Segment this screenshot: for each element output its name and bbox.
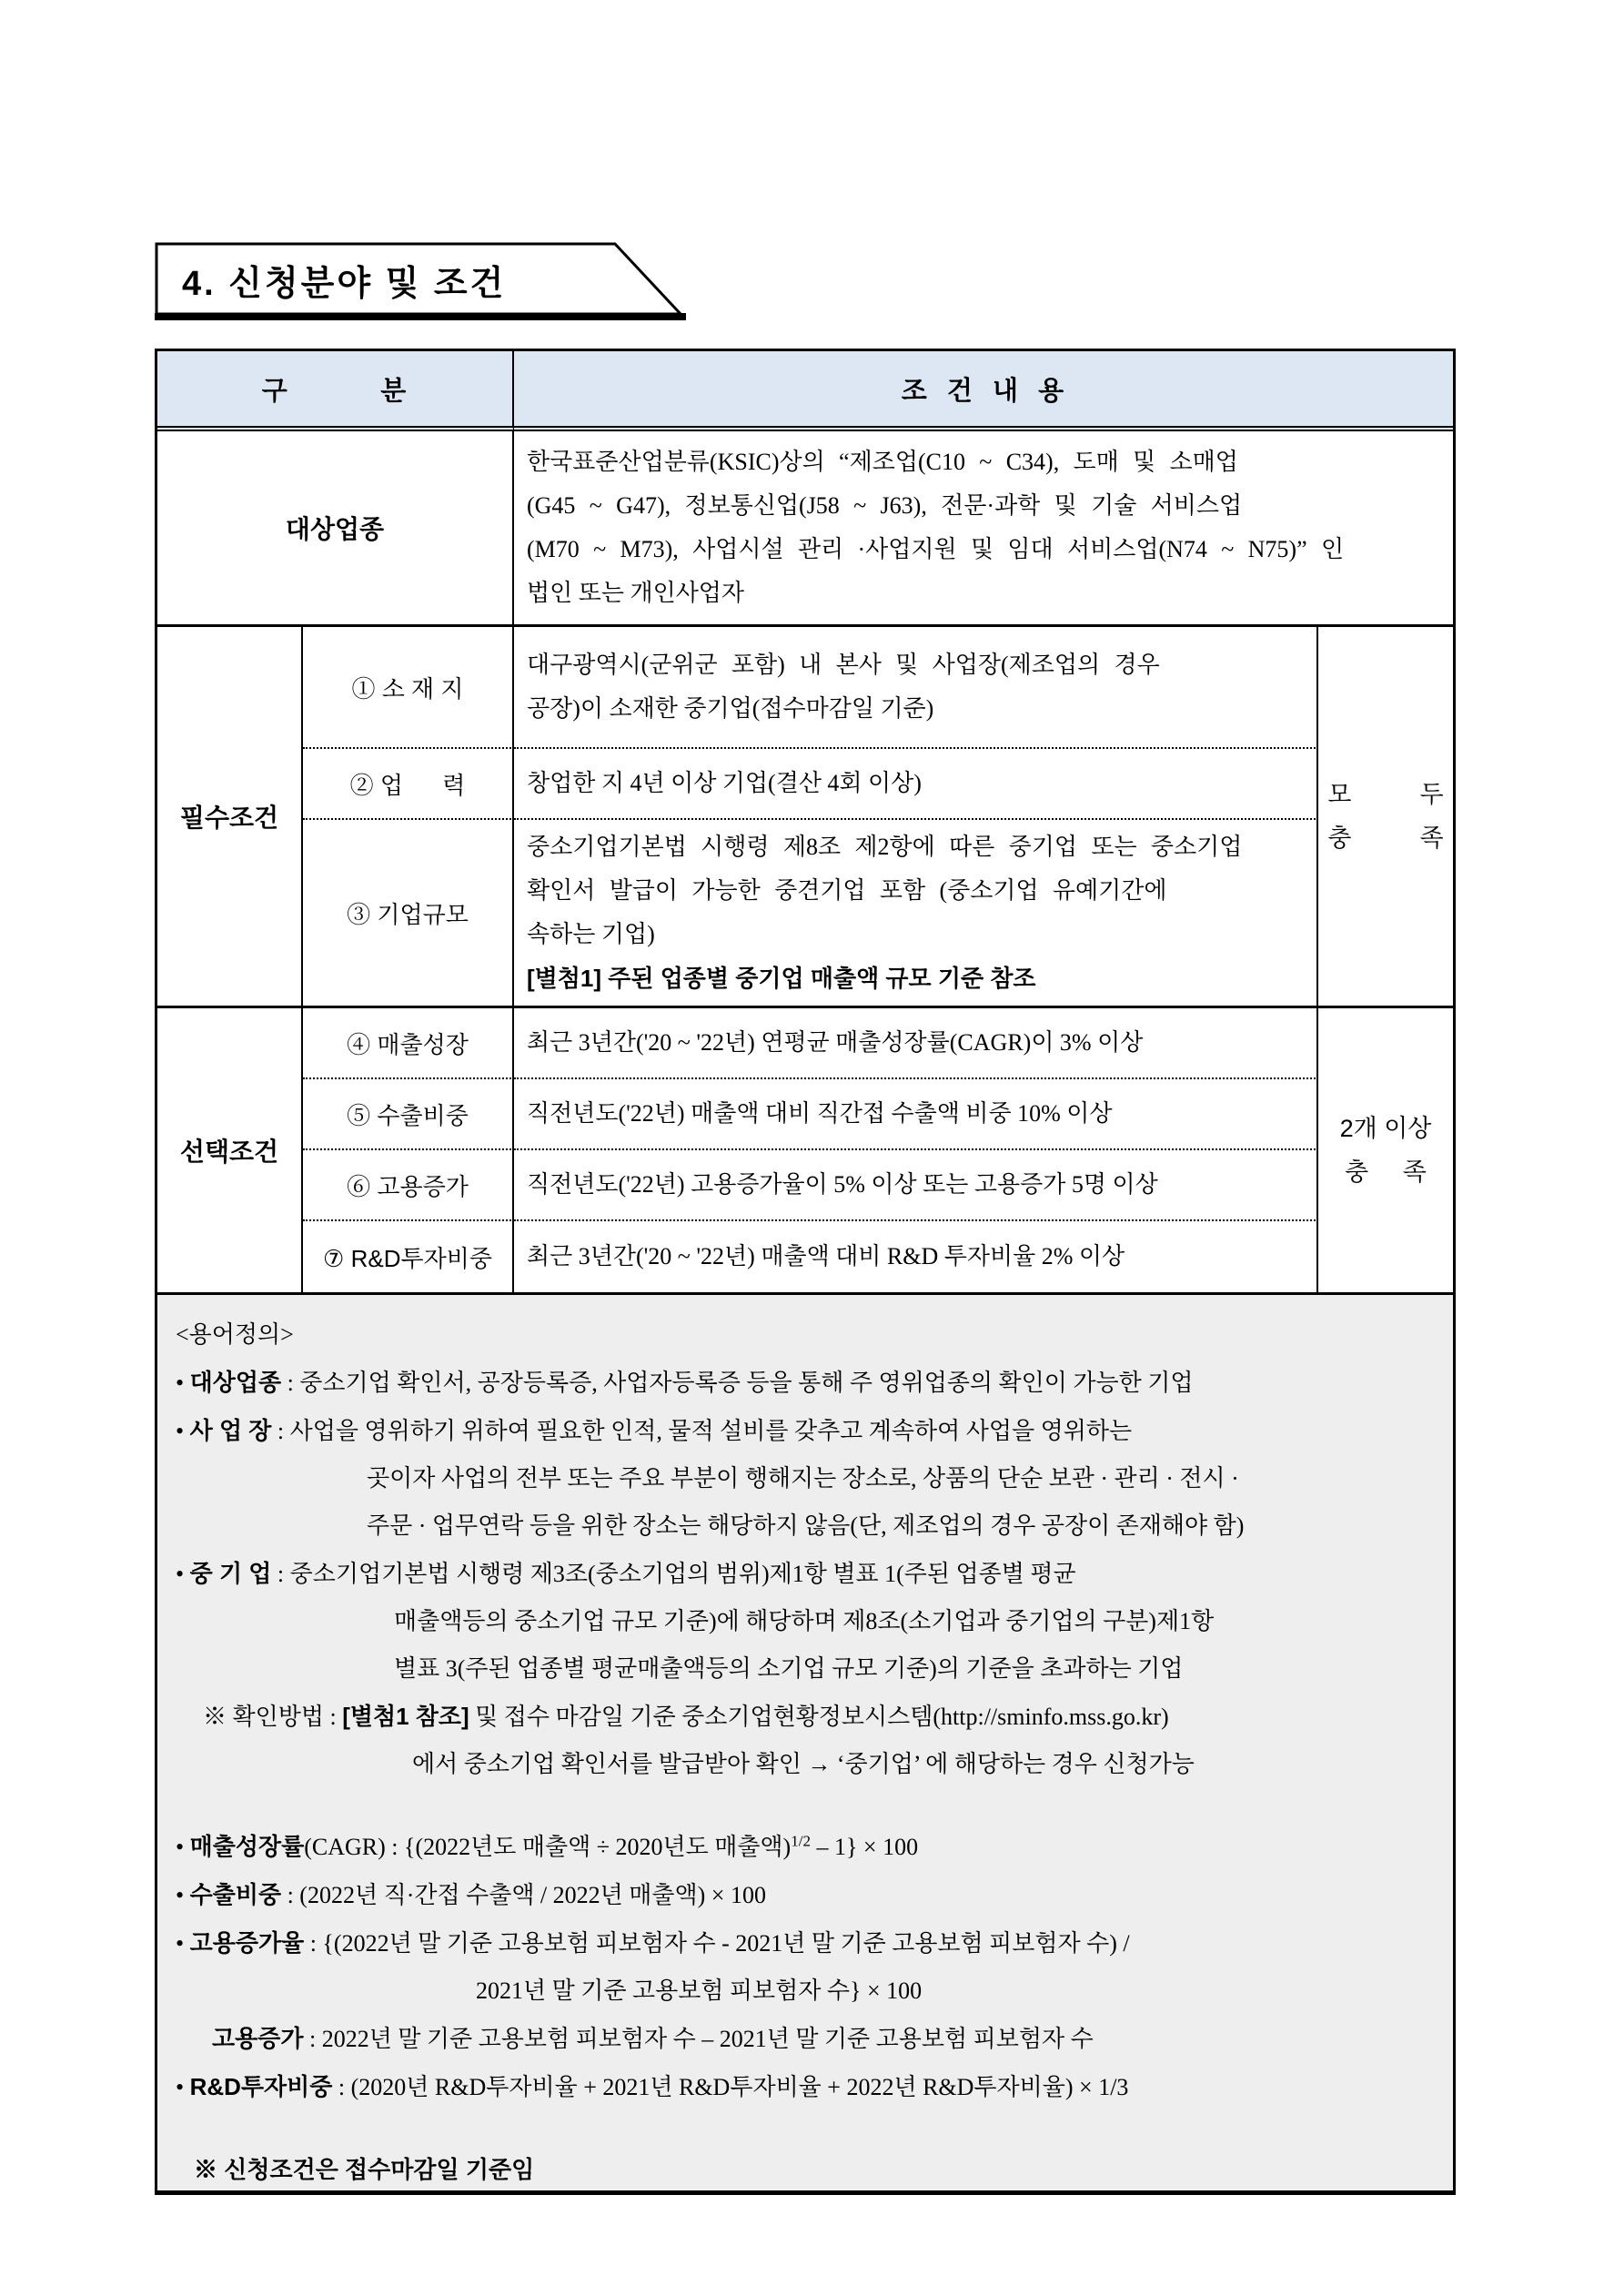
definition-text: : (2020년 R&D투자비율 + 2021년 R&D투자비율 + 2022년… — [332, 2074, 1128, 2100]
definition-line: 곳이자 사업의 전부 또는 주요 부분이 행해지는 장소로, 상품의 단순 보관… — [176, 1455, 1433, 1502]
definition-text: : 중소기업 확인서, 공장등록증, 사업자등록증 등을 통해 주 영위업종의 … — [281, 1370, 1193, 1396]
definition-line: • 중 기 업 : 중소기업기본법 시행령 제3조(중소기업의 범위)제1항 별… — [176, 1550, 1433, 1598]
condition-line: 최근 3년간('20 ~ '22년) 매출액 대비 R&D 투자비율 2% 이상 — [527, 1235, 1306, 1279]
definition-text: 및 접수 마감일 기준 중소기업현황정보시스템(http://sminfo.ms… — [469, 1704, 1169, 1730]
industry-line: (M70 ~ M73), 사업시설 관리 ·사업지원 및 임대 서비스업(N74… — [527, 528, 1442, 571]
definition-line: <용어정의> — [176, 1311, 1433, 1359]
definition-line: • R&D투자비중 : (2020년 R&D투자비율 + 2021년 R&D투자… — [176, 2063, 1433, 2111]
optional-row4-label: ⑦ R&D투자비중 — [303, 1221, 514, 1292]
definitions-spacer — [176, 1788, 1433, 1823]
definition-text: • — [176, 1930, 190, 1957]
definition-text: – 1} × 100 — [811, 1834, 918, 1860]
condition-line: 최근 3년간('20 ~ '22년) 연평균 매출성장률(CAGR)이 3% 이… — [527, 1021, 1306, 1065]
condition-line: 확인서 발급이 가능한 중견기업 포함 (중소기업 유예기간에 — [527, 869, 1306, 913]
required-row1-content: 대구광역시(군위군 포함) 내 본사 및 사업장(제조업의 경우 공장)이 소재… — [514, 627, 1318, 749]
condition-line: 직전년도('22년) 고용증가율이 5% 이상 또는 고용증가 5명 이상 — [527, 1163, 1306, 1207]
definition-text: • — [176, 2074, 190, 2100]
definition-term: 매출성장률 — [190, 1833, 305, 1860]
definition-text: 곳이자 사업의 전부 또는 주요 부분이 행해지는 장소로, 상품의 단순 보관… — [367, 1465, 1239, 1492]
meet-line: 충 족 — [1345, 1150, 1427, 1194]
required-row2-label: ② 업 력 — [303, 749, 514, 820]
condition-line: 대구광역시(군위군 포함) 내 본사 및 사업장(제조업의 경우 — [527, 643, 1306, 687]
definition-text: • — [176, 1882, 190, 1908]
definition-term: 고용증가 — [212, 2025, 303, 2052]
definition-text: • — [176, 1418, 190, 1444]
required-row2-content: 창업한 지 4년 이상 기업(결산 4회 이상) — [514, 749, 1318, 820]
definition-line: • 매출성장률(CAGR) : {(2022년도 매출액 ÷ 2020년도 매출… — [176, 1823, 1433, 1871]
definition-text: (CAGR) : {(2022년도 매출액 ÷ 2020년도 매출액) — [304, 1834, 791, 1860]
optional-row1-label: ④ 매출성장 — [303, 1008, 514, 1079]
optional-row4-content: 최근 3년간('20 ~ '22년) 매출액 대비 R&D 투자비율 2% 이상 — [514, 1221, 1318, 1292]
header-cell-condition: 조 건 내 용 — [514, 351, 1453, 431]
required-meet-cell: 모 두 충 족 — [1318, 627, 1453, 1008]
required-row3-label: ③ 기업규모 — [303, 820, 514, 1008]
definitions-spacer — [176, 2111, 1433, 2146]
definition-text: ※ 확인방법 : — [203, 1704, 342, 1730]
definition-line: ※ 확인방법 : [별첨1 참조] 및 접수 마감일 기준 중소기업현황정보시스… — [176, 1693, 1433, 1741]
definition-line: 주문 · 업무연락 등을 위한 장소는 해당하지 않음(단, 제조업의 경우 공… — [176, 1502, 1433, 1550]
meet-line: 모 두 — [1327, 773, 1443, 816]
definition-text: 주문 · 업무연락 등을 위한 장소는 해당하지 않음(단, 제조업의 경우 공… — [367, 1512, 1244, 1539]
definition-text: : 중소기업기본법 시행령 제3조(중소기업의 범위)제1항 별표 1(주된 업… — [271, 1561, 1075, 1587]
condition-line: 중소기업기본법 시행령 제8조 제2항에 따른 중기업 또는 중소기업 — [527, 825, 1306, 869]
meet-line: 충 족 — [1327, 816, 1443, 860]
optional-row2-label: ⑤ 수출비중 — [303, 1079, 514, 1150]
definition-term: 수출비중 — [190, 1881, 281, 1908]
section-title: 4. 신청분야 및 조건 — [182, 264, 506, 303]
industry-label-cell: 대상업종 — [157, 431, 514, 627]
definition-line: 2021년 말 기준 고용보험 피보험자 수} × 100 — [176, 1967, 1433, 2015]
condition-line-attachment-ref: [별첨1] 주된 업종별 중기업 매출액 규모 기준 참조 — [527, 956, 1306, 1000]
definition-line: 에서 중소기업 확인서를 발급받아 확인 → ‘중기업’ 에 해당하는 경우 신… — [176, 1741, 1433, 1788]
definition-line: 고용증가 : 2022년 말 기준 고용보험 피보험자 수 – 2021년 말 … — [176, 2015, 1433, 2063]
definition-line: 매출액등의 중소기업 규모 기준)에 해당하며 제8조(소기업과 중기업의 구분… — [176, 1598, 1433, 1645]
definition-term: 중 기 업 — [190, 1560, 272, 1587]
industry-content-cell: 한국표준산업분류(KSIC)상의 “제조업(C10 ~ C34), 도매 및 소… — [514, 431, 1453, 627]
section-banner: 4. 신청분야 및 조건 — [155, 242, 701, 322]
definition-text: 매출액등의 중소기업 규모 기준)에 해당하며 제8조(소기업과 중기업의 구분… — [394, 1608, 1214, 1634]
definition-term: R&D투자비중 — [190, 2073, 333, 2100]
optional-group-label: 선택조건 — [157, 1008, 303, 1292]
definition-line: • 대상업종 : 중소기업 확인서, 공장등록증, 사업자등록증 등을 통해 주… — [176, 1359, 1433, 1407]
required-row1-label: ① 소 재 지 — [303, 627, 514, 749]
optional-row2-content: 직전년도('22년) 매출액 대비 직간접 수출액 비중 10% 이상 — [514, 1079, 1318, 1150]
condition-line: 공장)이 소재한 중기업(접수마감일 기준) — [527, 687, 1306, 731]
optional-meet-cell: 2개 이상 충 족 — [1318, 1008, 1453, 1292]
optional-row3-content: 직전년도('22년) 고용증가율이 5% 이상 또는 고용증가 5명 이상 — [514, 1150, 1318, 1221]
definition-text: 별표 3(주된 업종별 평균매출액등의 소기업 규모 기준)의 기준을 초과하는… — [394, 1655, 1183, 1682]
definition-text: • — [176, 1561, 190, 1587]
conditions-table: 구 분 조 건 내 용 대상업종 한국표준산업분류(KSIC)상의 “제조업(C… — [155, 349, 1456, 1295]
definition-text: • — [176, 1370, 190, 1396]
definition-text: : 2022년 말 기준 고용보험 피보험자 수 – 2021년 말 기준 고용… — [303, 2026, 1093, 2052]
required-group-label: 필수조건 — [157, 627, 303, 1008]
condition-line: 창업한 지 4년 이상 기업(결산 4회 이상) — [527, 762, 1306, 805]
document-page: 4. 신청분야 및 조건 구 분 조 건 내 용 대상업종 한국표준산업분류(K… — [0, 0, 1624, 2296]
meet-line: 2개 이상 — [1340, 1107, 1432, 1150]
industry-line: 한국표준산업분류(KSIC)상의 “제조업(C10 ~ C34), 도매 및 소… — [527, 440, 1442, 484]
definition-term: 사 업 장 — [190, 1417, 272, 1444]
definitions-box: <용어정의>• 대상업종 : 중소기업 확인서, 공장등록증, 사업자등록증 등… — [155, 1292, 1456, 2195]
definition-line: • 사 업 장 : 사업을 영위하기 위하여 필요한 인적, 물적 설비를 갖추… — [176, 1407, 1433, 1455]
definition-term: 고용증가율 — [190, 1929, 305, 1957]
definition-line: • 수출비중 : (2022년 직·간접 수출액 / 2022년 매출액) × … — [176, 1871, 1433, 1919]
definition-text: : 사업을 영위하기 위하여 필요한 인적, 물적 설비를 갖추고 계속하여 사… — [271, 1418, 1132, 1444]
condition-line: 속하는 기업) — [527, 913, 1306, 956]
condition-line: 직전년도('22년) 매출액 대비 직간접 수출액 비중 10% 이상 — [527, 1092, 1306, 1136]
optional-row1-content: 최근 3년간('20 ~ '22년) 연평균 매출성장률(CAGR)이 3% 이… — [514, 1008, 1318, 1079]
industry-line: (G45 ~ G47), 정보통신업(J58 ~ J63), 전문·과학 및 기… — [527, 484, 1442, 528]
industry-line: 법인 또는 개인사업자 — [527, 571, 1442, 615]
required-row3-content: 중소기업기본법 시행령 제8조 제2항에 따른 중기업 또는 중소기업 확인서 … — [514, 820, 1318, 1008]
definition-text: : (2022년 직·간접 수출액 / 2022년 매출액) × 100 — [281, 1882, 766, 1908]
optional-row3-label: ⑥ 고용증가 — [303, 1150, 514, 1221]
definition-line: ※ 신청조건은 접수마감일 기준임 — [176, 2146, 1433, 2194]
definition-text: 에서 중소기업 확인서를 발급받아 확인 → ‘중기업’ 에 해당하는 경우 신… — [412, 1751, 1195, 1777]
definition-term: [별첨1 참조] — [342, 1703, 469, 1730]
definition-text: 1/2 — [791, 1832, 811, 1849]
definition-text: : {(2022년 말 기준 고용보험 피보험자 수 - 2021년 말 기준 … — [304, 1930, 1129, 1957]
definition-line: • 고용증가율 : {(2022년 말 기준 고용보험 피보험자 수 - 202… — [176, 1919, 1433, 1967]
header-cell-category: 구 분 — [157, 351, 514, 431]
definition-text: 2021년 말 기준 고용보험 피보험자 수} × 100 — [476, 1977, 922, 2004]
definition-term: 대상업종 — [190, 1369, 281, 1396]
definition-line: 별표 3(주된 업종별 평균매출액등의 소기업 규모 기준)의 기준을 초과하는… — [176, 1645, 1433, 1693]
definition-text: <용어정의> — [176, 1321, 294, 1348]
definition-text: • — [176, 1834, 190, 1860]
definition-term: ※ 신청조건은 접수마감일 기준임 — [194, 2156, 534, 2183]
